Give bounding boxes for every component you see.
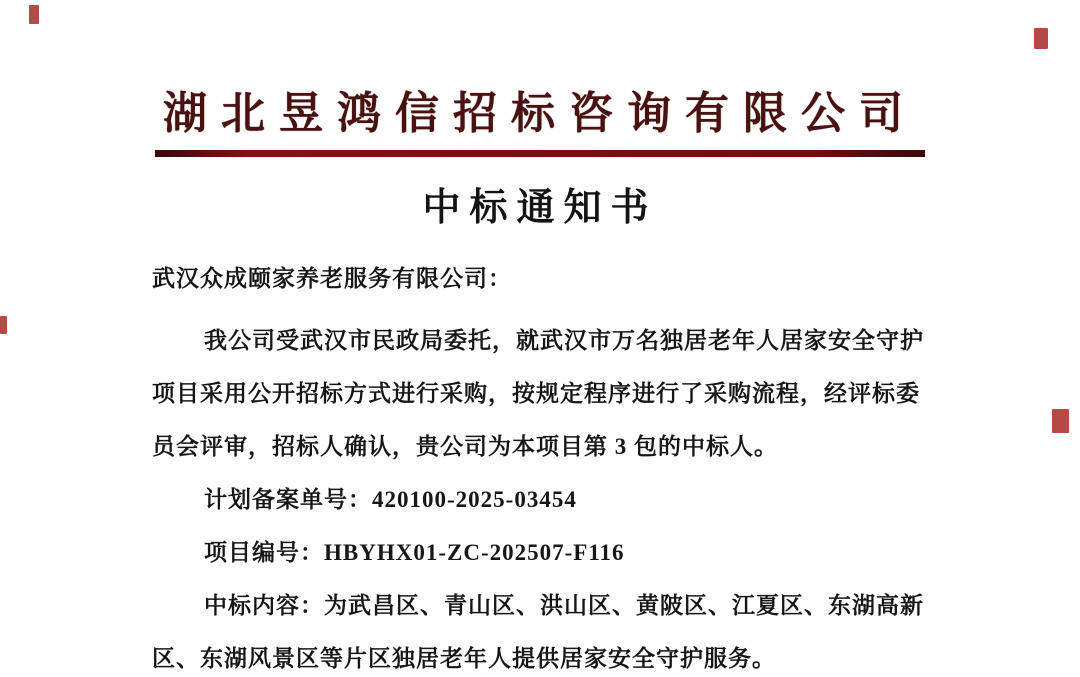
award-content-line-2: 区、东湖风景区等片区独居老年人提供居家安全守护服务。 [152, 630, 932, 677]
body-line-3: 员会评审，招标人确认，贵公司为本项目第 3 包的中标人。 [152, 418, 932, 471]
document-title: 中标通知书 [0, 188, 1080, 230]
project-number-line: 项目编号：HBYHX01-ZC-202507-F116 [152, 524, 932, 577]
letterhead: 湖北昱鸿信招标咨询有限公司 中标通知书 [0, 0, 1080, 230]
plan-record-number-line: 计划备案单号：420100-2025-03454 [152, 471, 932, 524]
red-stamp-remnant-left-edge [0, 316, 7, 334]
company-name-heading: 湖北昱鸿信招标咨询有限公司 [0, 88, 1080, 141]
scanned-document-page: 湖北昱鸿信招标咨询有限公司 中标通知书 武汉众成颐家养老服务有限公司： 我公司受… [0, 0, 1080, 677]
addressee-line: 武汉众成颐家养老服务有限公司： [152, 250, 932, 303]
red-stamp-remnant-right-edge [1052, 409, 1069, 433]
document-body: 武汉众成颐家养老服务有限公司： 我公司受武汉市民政局委托，就武汉市万名独居老年人… [152, 250, 932, 677]
award-content-line-1: 中标内容：为武昌区、青山区、洪山区、黄陂区、江夏区、东湖高新 [152, 577, 932, 630]
body-line-1: 我公司受武汉市民政局委托，就武汉市万名独居老年人居家安全守护 [152, 312, 932, 365]
letterhead-rule [155, 150, 925, 157]
body-line-2: 项目采用公开招标方式进行采购，按规定程序进行了采购流程，经评标委 [152, 365, 932, 418]
